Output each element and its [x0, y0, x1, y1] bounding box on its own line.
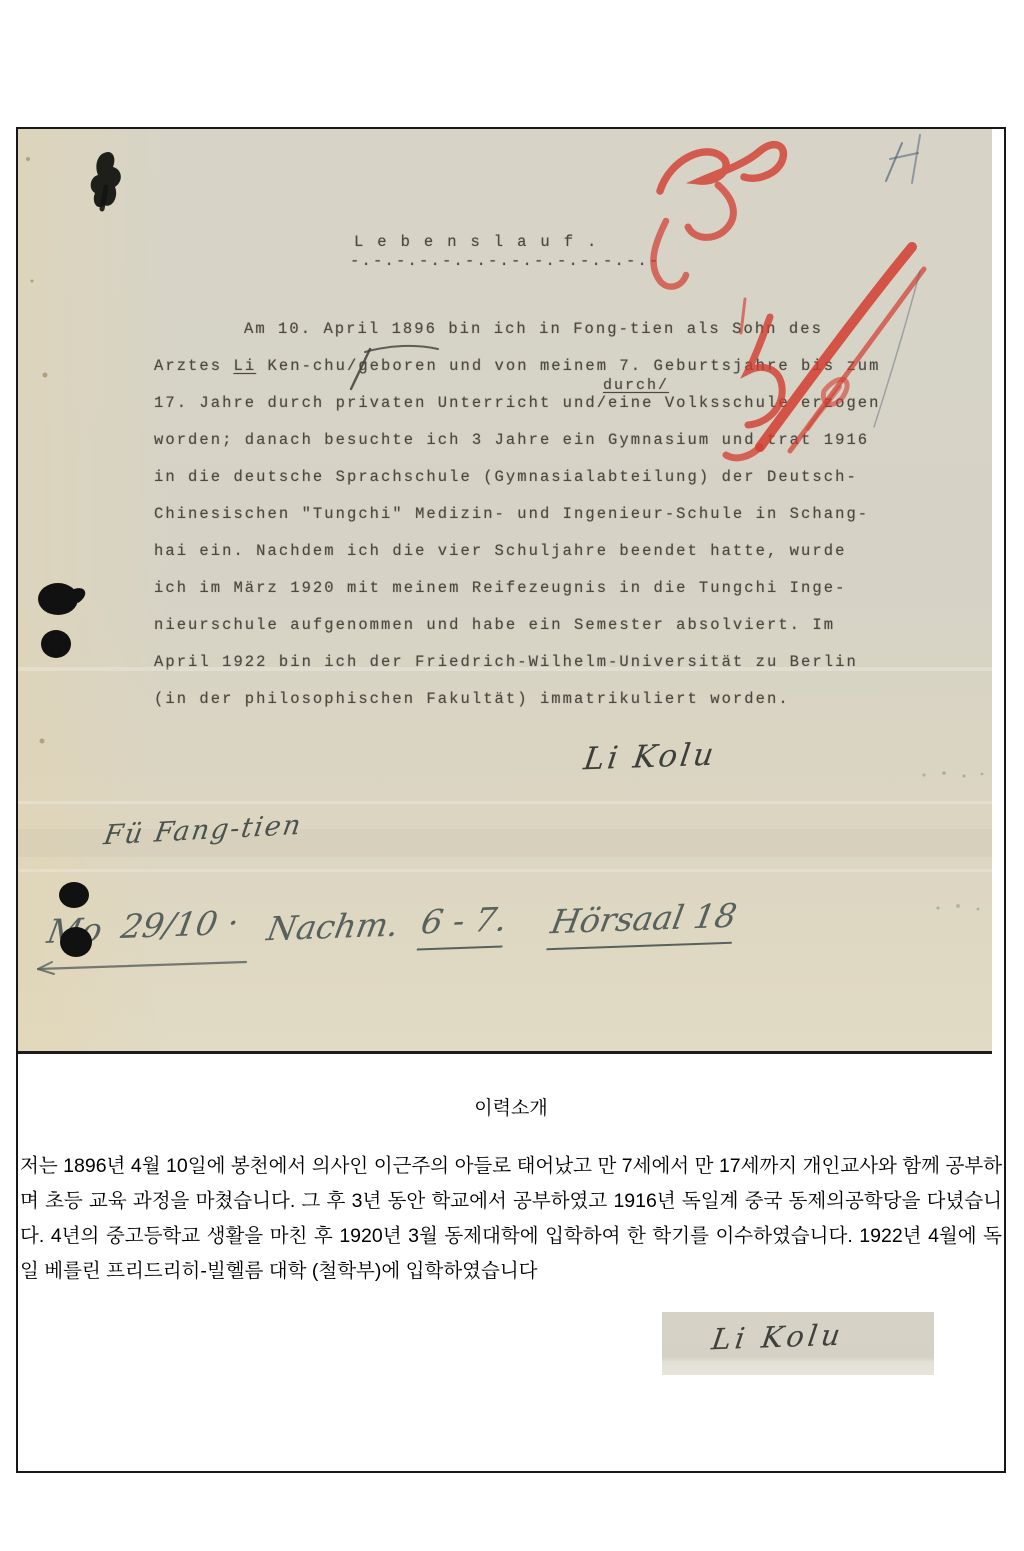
handwritten-place-note: Fü Fang-tien	[102, 810, 305, 852]
signature-li-kolu-crop: Li Kolu	[710, 1318, 847, 1357]
translation-body: 저는 1896년 4월 10일에 봉천에서 의사인 이근주의 아들로 태어났고 …	[18, 1149, 1004, 1289]
pencil-marks	[874, 135, 920, 427]
german-line: Chinesischen "Tungchi" Medizin- und Inge…	[154, 505, 869, 523]
ink-blobs	[38, 583, 92, 957]
document-frame: Lebenslauf. -.-.-.-.-.-.-.-.-.-.-.-.-.- …	[16, 127, 1006, 1473]
german-line: hai ein. Nachdem ich die vier Schuljahre…	[154, 542, 846, 560]
signature-crop-image: Li Kolu	[662, 1312, 934, 1375]
signature-li-kolu: Li Kolu	[581, 737, 718, 778]
korean-translation-section: 이력소개 저는 1896년 4월 10일에 봉천에서 의사인 이근주의 아들로 …	[18, 1057, 1004, 1471]
document-title: Lebenslauf.	[354, 233, 610, 251]
german-line-pre: Arztes	[154, 357, 233, 375]
handwritten-insertion-durch: durch/	[603, 377, 669, 394]
handwritten-note-nachm: Nachm.	[264, 905, 402, 949]
german-line: (in der philosophischen Fakultät) immatr…	[154, 690, 790, 708]
note-underline-arrow	[38, 962, 246, 974]
title-dashed-rule: -.-.-.-.-.-.-.-.-.-.-.-.-.-	[350, 252, 661, 270]
faint-gray-dots	[922, 771, 983, 910]
paper-crease	[18, 869, 992, 872]
german-line: Arztes Li Ken-chu/geboren und von meinem…	[154, 357, 881, 375]
handwritten-note-hall: Hörsaal 18	[546, 896, 740, 950]
paper-specks	[26, 157, 48, 744]
german-line: nieurschule aufgenommen und habe ein Sem…	[154, 616, 835, 634]
paper-crease	[18, 801, 992, 804]
german-line-post: Ken-chu/geboren und von meinem 7. Geburt…	[256, 357, 880, 375]
german-line: in die deutsche Sprachschule (Gymnasiala…	[154, 468, 858, 486]
german-line: worden; danach besuchte ich 3 Jahre ein …	[154, 431, 869, 449]
handwritten-note-date: 29/10 ·	[118, 903, 242, 946]
german-line: Am 10. April 1896 bin ich in Fong-tien a…	[154, 320, 823, 338]
scanned-lebenslauf-page: Lebenslauf. -.-.-.-.-.-.-.-.-.-.-.-.-.- …	[18, 129, 992, 1054]
handwritten-note-mo: Mo	[44, 910, 105, 951]
german-line: 17. Jahre durch privaten Unterricht und/…	[154, 394, 881, 412]
german-line: ich im März 1920 mit meinem Reifezeugnis…	[154, 579, 846, 597]
underlined-name: Li	[233, 357, 256, 375]
german-line: April 1922 bin ich der Friedrich-Wilhelm…	[154, 653, 858, 671]
ink-blot	[91, 152, 121, 209]
translation-heading: 이력소개	[18, 1093, 1004, 1120]
handwritten-note-time: 6 - 7.	[417, 900, 511, 951]
